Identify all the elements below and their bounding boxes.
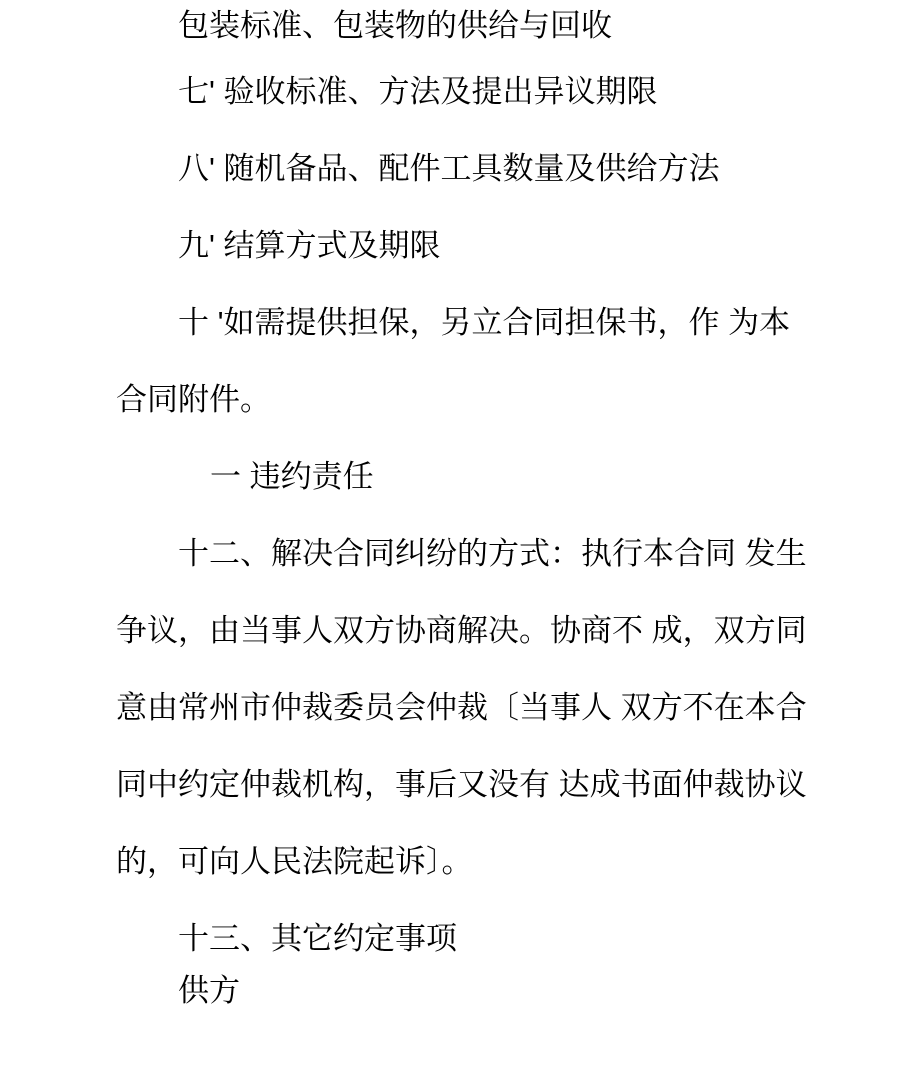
document-body: 包装标准、包装物的供给与回收七' 验收标准、方法及提出异议期限八' 随机备品、配…: [116, 10, 920, 1052]
document-line: 的，可向人民法院起诉〕。: [116, 846, 920, 878]
document-line: 供方: [116, 975, 920, 1007]
document-line: 十 '如需提供担保，另立合同担保书，作 为本: [116, 307, 920, 339]
document-line: 十三、其它约定事项: [116, 923, 920, 955]
document-line: 意由常州市仲裁委员会仲裁〔当事人 双方不在本合: [116, 692, 920, 724]
document-line: 十二、解决合同纠纷的方式：执行本合同 发生: [116, 538, 920, 570]
document-line: 合同附件。: [116, 384, 920, 416]
document-line: 八' 随机备品、配件工具数量及供给方法: [116, 153, 920, 185]
document-line: 包装标准、包装物的供给与回收: [116, 10, 920, 42]
document-line: 七' 验收标准、方法及提出异议期限: [116, 76, 920, 108]
document-line: 九' 结算方式及期限: [116, 230, 920, 262]
document-line: 争议，由当事人双方协商解决。协商不 成，双方同: [116, 615, 920, 647]
document-line: 同中约定仲裁机构，事后又没有 达成书面仲裁协议: [116, 769, 920, 801]
document-page: 包装标准、包装物的供给与回收七' 验收标准、方法及提出异议期限八' 随机备品、配…: [0, 0, 920, 1077]
document-line: 一 违约责任: [116, 461, 920, 493]
